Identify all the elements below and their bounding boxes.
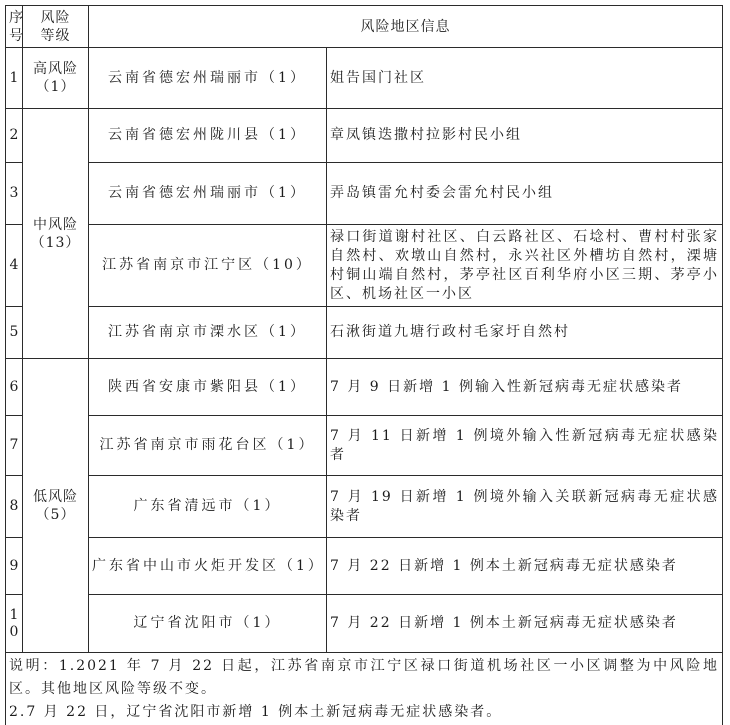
info-cell: 7 月 11 日新增 1 例境外输入性新冠病毒无症状感染者: [327, 416, 723, 476]
info-cell: 7 月 9 日新增 1 例输入性新冠病毒无症状感染者: [327, 359, 723, 416]
region-cell: 江苏省南京市溧水区（1）: [89, 307, 327, 359]
table-row: 5 江苏省南京市溧水区（1） 石湫街道九塘行政村毛家圩自然村: [6, 307, 723, 359]
seq-cell: 9: [6, 538, 23, 595]
seq-cell: 3: [6, 163, 23, 225]
header-seq: 序 号: [6, 6, 23, 48]
info-cell: 石湫街道九塘行政村毛家圩自然村: [327, 307, 723, 359]
header-risk-level: 风险 等级: [23, 6, 89, 48]
table-row: 4 江苏省南京市江宁区（10） 禄口街道谢村社区、白云路社区、石埝村、曹村村张家…: [6, 225, 723, 307]
notes-row: 说明：1.2021 年 7 月 22 日起，江苏省南京市江宁区禄口街道机场社区一…: [6, 653, 723, 725]
risk-area-table: 序 号 风险 等级 风险地区信息 1 高风险 （1） 云南省德宏州瑞丽市（1） …: [5, 5, 723, 725]
table-row: 3 云南省德宏州瑞丽市（1） 弄岛镇雷允村委会雷允村民小组: [6, 163, 723, 225]
table-row: 8 广东省清远市（1） 7 月 19 日新增 1 例境外输入关联新冠病毒无症状感…: [6, 476, 723, 538]
region-cell: 辽宁省沈阳市（1）: [89, 595, 327, 653]
info-cell: 姐告国门社区: [327, 48, 723, 109]
table-row: 10 辽宁省沈阳市（1） 7 月 22 日新增 1 例本土新冠病毒无症状感染者: [6, 595, 723, 653]
info-cell: 7 月 22 日新增 1 例本土新冠病毒无症状感染者: [327, 595, 723, 653]
region-cell: 广东省清远市（1）: [89, 476, 327, 538]
table-row: 9 广东省中山市火炬开发区（1） 7 月 22 日新增 1 例本土新冠病毒无症状…: [6, 538, 723, 595]
seq-cell: 5: [6, 307, 23, 359]
note-1: 说明：1.2021 年 7 月 22 日起，江苏省南京市江宁区禄口街道机场社区一…: [9, 655, 719, 701]
seq-cell: 1: [6, 48, 23, 109]
info-cell: 章凤镇迭撒村拉影村民小组: [327, 109, 723, 163]
seq-cell: 6: [6, 359, 23, 416]
seq-cell: 10: [6, 595, 23, 653]
seq-cell: 7: [6, 416, 23, 476]
risk-level-high-cell: 高风险 （1）: [23, 48, 89, 109]
header-risk-area-info: 风险地区信息: [89, 6, 723, 48]
seq-cell: 8: [6, 476, 23, 538]
seq-cell: 2: [6, 109, 23, 163]
region-cell: 广东省中山市火炬开发区（1）: [89, 538, 327, 595]
table-row: 7 江苏省南京市雨花台区（1） 7 月 11 日新增 1 例境外输入性新冠病毒无…: [6, 416, 723, 476]
region-cell: 江苏省南京市雨花台区（1）: [89, 416, 327, 476]
notes-cell: 说明：1.2021 年 7 月 22 日起，江苏省南京市江宁区禄口街道机场社区一…: [6, 653, 723, 725]
note-2: 2.7 月 22 日，辽宁省沈阳市新增 1 例本土新冠病毒无症状感染者。: [9, 701, 719, 724]
region-cell: 江苏省南京市江宁区（10）: [89, 225, 327, 307]
info-cell: 7 月 19 日新增 1 例境外输入关联新冠病毒无症状感染者: [327, 476, 723, 538]
page: 序 号 风险 等级 风险地区信息 1 高风险 （1） 云南省德宏州瑞丽市（1） …: [0, 0, 730, 725]
info-cell: 弄岛镇雷允村委会雷允村民小组: [327, 163, 723, 225]
table-row: 6 低风险 （5） 陕西省安康市紫阳县（1） 7 月 9 日新增 1 例输入性新…: [6, 359, 723, 416]
region-cell: 云南省德宏州瑞丽市（1）: [89, 48, 327, 109]
info-cell: 禄口街道谢村社区、白云路社区、石埝村、曹村村张家自然村、欢墩山自然村，永兴社区外…: [327, 225, 723, 307]
region-cell: 陕西省安康市紫阳县（1）: [89, 359, 327, 416]
table-row: 1 高风险 （1） 云南省德宏州瑞丽市（1） 姐告国门社区: [6, 48, 723, 109]
risk-level-low-cell: 低风险 （5）: [23, 359, 89, 653]
table-row: 2 中风险 （13） 云南省德宏州陇川县（1） 章凤镇迭撒村拉影村民小组: [6, 109, 723, 163]
region-cell: 云南省德宏州陇川县（1）: [89, 109, 327, 163]
info-cell: 7 月 22 日新增 1 例本土新冠病毒无症状感染者: [327, 538, 723, 595]
table-header-row: 序 号 风险 等级 风险地区信息: [6, 6, 723, 48]
seq-cell: 4: [6, 225, 23, 307]
region-cell: 云南省德宏州瑞丽市（1）: [89, 163, 327, 225]
risk-level-medium-cell: 中风险 （13）: [23, 109, 89, 359]
